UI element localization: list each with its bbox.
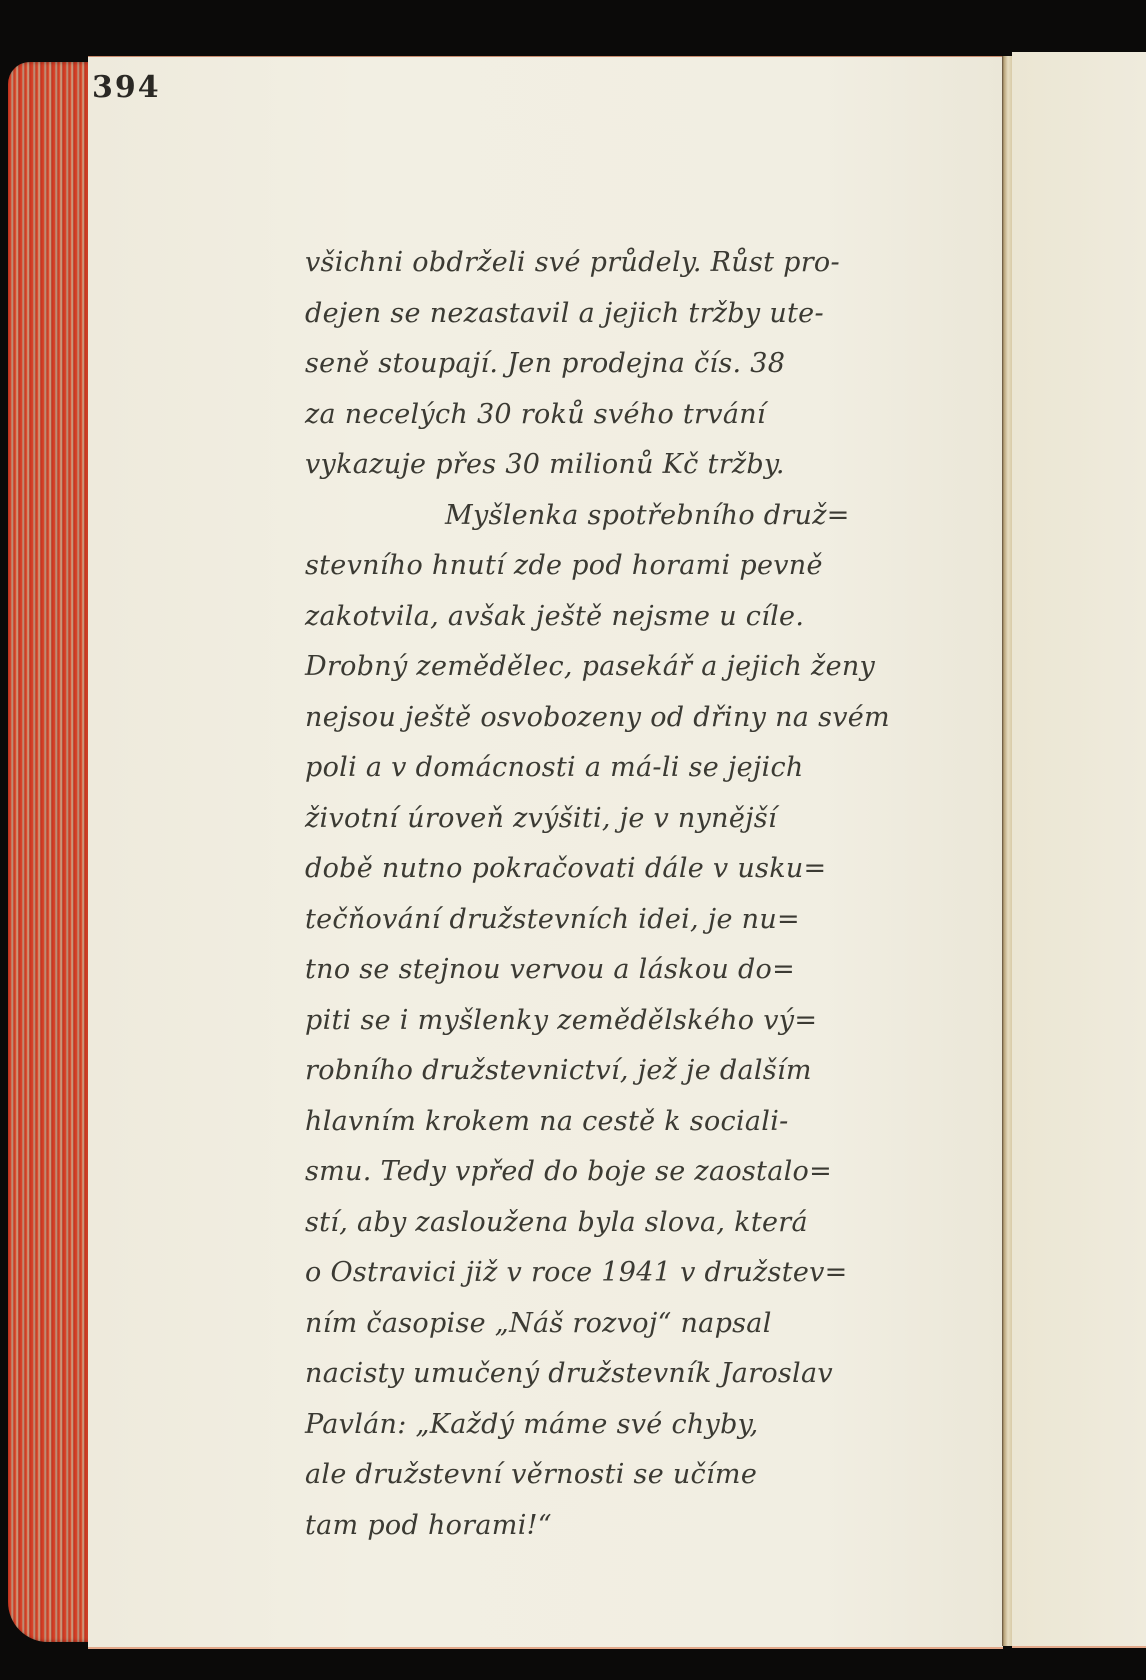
text-line: dejen se nezastavil a jejich tržby ute- <box>305 289 955 340</box>
text-line: všichni obdrželi své průdely. Růst pro- <box>305 238 955 289</box>
text-line: za necelých 30 roků svého trvání <box>305 390 955 441</box>
text-line: životní úroveň zvýšiti, je v nynější <box>305 794 955 845</box>
handwritten-text: všichni obdrželi své průdely. Růst pro- … <box>305 238 955 1551</box>
facing-page <box>1012 52 1146 1648</box>
text-line: o Ostravici již v roce 1941 v družstev= <box>305 1248 955 1299</box>
page-number: 394 <box>92 70 161 105</box>
paragraph-start-line: Myšlenka spotřebního druž= <box>305 491 955 542</box>
text-line: stí, aby zasloužena byla slova, která <box>305 1198 955 1249</box>
text-line: stevního hnutí zde pod horami pevně <box>305 541 955 592</box>
text-line: době nutno pokračovati dále v usku= <box>305 844 955 895</box>
text-line: nejsou ještě osvobozeny od dřiny na svém <box>305 693 955 744</box>
text-line: vykazuje přes 30 milionů Kč tržby. <box>305 440 955 491</box>
text-line: ním časopise „Náš rozvoj“ napsal <box>305 1299 955 1350</box>
text-line: robního družstevnictví, jež je dalším <box>305 1046 955 1097</box>
book-page-edges <box>8 62 92 1642</box>
text-line: ale družstevní věrnosti se učíme <box>305 1450 955 1501</box>
text-line: Drobný zemědělec, pasekář a jejich ženy <box>305 642 955 693</box>
text-line: zakotvila, avšak ještě nejsme u cíle. <box>305 592 955 643</box>
text-line: nacisty umučený družstevník Jaroslav <box>305 1349 955 1400</box>
text-line: piti se i myšlenky zemědělského vý= <box>305 996 955 1047</box>
text-line: tečňování družstevních idei, je nu= <box>305 895 955 946</box>
text-line: tno se stejnou vervou a láskou do= <box>305 945 955 996</box>
text-line: seně stoupají. Jen prodejna čís. 38 <box>305 339 955 390</box>
text-line: hlavním krokem na cestě k sociali- <box>305 1097 955 1148</box>
text-line: poli a v domácnosti a má-li se jejich <box>305 743 955 794</box>
text-line: smu. Tedy vpřed do boje se zaostalo= <box>305 1147 955 1198</box>
book-gutter <box>1002 56 1012 1646</box>
text-line: Pavlán: „Každý máme své chyby, <box>305 1400 955 1451</box>
text-line: tam pod horami!“ <box>305 1501 955 1552</box>
